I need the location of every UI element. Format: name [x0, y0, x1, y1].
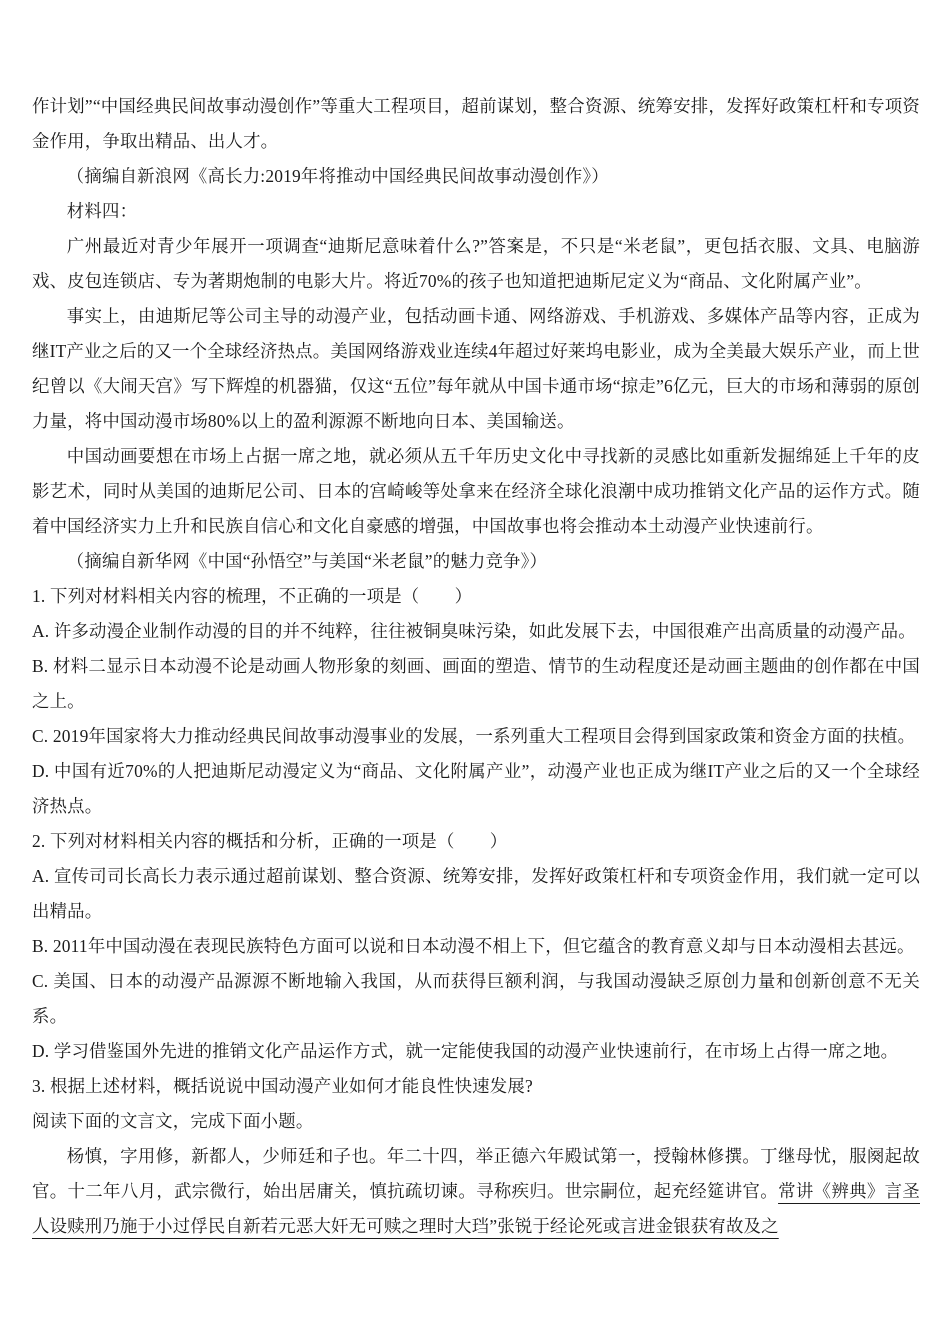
question-3-stem: 3. 根据上述材料，概括说说中国动漫产业如何才能良性快速发展?	[32, 1069, 920, 1104]
text-segment: C. 美国、日本的动漫产品源源不断地输入我国，从而获得巨额利润，与我国动漫缺乏原…	[32, 971, 920, 1026]
text-segment: A. 许多动漫企业制作动漫的目的并不纯粹，往往被铜臭味污染，如此发展下去，中国很…	[32, 621, 916, 641]
document-content: 作计划”“中国经典民间故事动漫创作”等重大工程项目，超前谋划，整合资源、统筹安排…	[32, 89, 920, 1244]
classical-passage: 杨慎，字用修，新都人，少师廷和子也。年二十四，举正德六年殿试第一，授翰林修撰。丁…	[32, 1139, 920, 1244]
text-segment: 2. 下列对材料相关内容的概括和分析，正确的一项是（ ）	[32, 831, 507, 851]
question-2-stem: 2. 下列对材料相关内容的概括和分析，正确的一项是（ ）	[32, 824, 920, 859]
question-2-option-a: A. 宣传司司长高长力表示通过超前谋划、整合资源、统筹安排，发挥好政策杠杆和专项…	[32, 859, 920, 929]
material-four-para-3: 中国动画要想在市场上占据一席之地，就必须从五千年历史文化中寻找新的灵感比如重新发…	[32, 439, 920, 544]
text-segment: D. 学习借鉴国外先进的推销文化产品运作方式，就一定能使我国的动漫产业快速前行，…	[32, 1041, 898, 1061]
text-segment: C. 2019年国家将大力推动经典民间故事动漫事业的发展，一系列重大工程项目会得…	[32, 726, 915, 746]
question-2-option-c: C. 美国、日本的动漫产品源源不断地输入我国，从而获得巨额利润，与我国动漫缺乏原…	[32, 964, 920, 1034]
continued-paragraph: 作计划”“中国经典民间故事动漫创作”等重大工程项目，超前谋划，整合资源、统筹安排…	[32, 89, 920, 159]
text-segment: 阅读下面的文言文，完成下面小题。	[32, 1111, 313, 1131]
document-page: 作计划”“中国经典民间故事动漫创作”等重大工程项目，超前谋划，整合资源、统筹安排…	[0, 0, 950, 1344]
text-segment: 广州最近对青少年展开一项调查“迪斯尼意味着什么?”答案是，不只是“米老鼠”，更包…	[32, 236, 920, 291]
text-segment: D. 中国有近70%的人把迪斯尼动漫定义为“商品、文化附属产业”，动漫产业也正成…	[32, 761, 920, 816]
material-four-para-2: 事实上，由迪斯尼等公司主导的动漫产业，包括动画卡通、网络游戏、手机游戏、多媒体产…	[32, 299, 920, 439]
text-segment: A. 宣传司司长高长力表示通过超前谋划、整合资源、统筹安排，发挥好政策杠杆和专项…	[32, 866, 920, 921]
source-citation-xinhua: （摘编自新华网《中国“孙悟空”与美国“米老鼠”的魅力竞争》）	[32, 544, 920, 579]
question-1-option-a: A. 许多动漫企业制作动漫的目的并不纯粹，往往被铜臭味污染，如此发展下去，中国很…	[32, 614, 920, 649]
text-segment: 作计划”“中国经典民间故事动漫创作”等重大工程项目，超前谋划，整合资源、统筹安排…	[32, 96, 920, 151]
question-1-option-b: B. 材料二显示日本动漫不论是动画人物形象的刻画、画面的塑造、情节的生动程度还是…	[32, 649, 920, 719]
text-segment: 1. 下列对材料相关内容的梳理，不正确的一项是（ ）	[32, 586, 472, 606]
material-four-label: 材料四：	[32, 194, 920, 229]
question-1-option-d: D. 中国有近70%的人把迪斯尼动漫定义为“商品、文化附属产业”，动漫产业也正成…	[32, 754, 920, 824]
classical-reading-instruction: 阅读下面的文言文，完成下面小题。	[32, 1104, 920, 1139]
text-segment: B. 2011年中国动漫在表现民族特色方面可以说和日本动漫不相上下，但它蕴含的教…	[32, 936, 915, 956]
question-2-option-b: B. 2011年中国动漫在表现民族特色方面可以说和日本动漫不相上下，但它蕴含的教…	[32, 929, 920, 964]
text-segment: （摘编自新浪网《高长力:2019年将推动中国经典民间故事动漫创作》）	[67, 166, 609, 186]
question-2-option-d: D. 学习借鉴国外先进的推销文化产品运作方式，就一定能使我国的动漫产业快速前行，…	[32, 1034, 920, 1069]
source-citation-sina: （摘编自新浪网《高长力:2019年将推动中国经典民间故事动漫创作》）	[32, 159, 920, 194]
text-segment: 事实上，由迪斯尼等公司主导的动漫产业，包括动画卡通、网络游戏、手机游戏、多媒体产…	[32, 306, 920, 431]
text-segment: （摘编自新华网《中国“孙悟空”与美国“米老鼠”的魅力竞争》）	[67, 551, 547, 571]
question-1-stem: 1. 下列对材料相关内容的梳理，不正确的一项是（ ）	[32, 579, 920, 614]
material-four-para-1: 广州最近对青少年展开一项调查“迪斯尼意味着什么?”答案是，不只是“米老鼠”，更包…	[32, 229, 920, 299]
text-segment: B. 材料二显示日本动漫不论是动画人物形象的刻画、画面的塑造、情节的生动程度还是…	[32, 656, 920, 711]
text-segment: 材料四：	[67, 201, 137, 221]
text-segment: 3. 根据上述材料，概括说说中国动漫产业如何才能良性快速发展?	[32, 1076, 533, 1096]
text-segment: 中国动画要想在市场上占据一席之地，就必须从五千年历史文化中寻找新的灵感比如重新发…	[32, 446, 920, 536]
question-1-option-c: C. 2019年国家将大力推动经典民间故事动漫事业的发展，一系列重大工程项目会得…	[32, 719, 920, 754]
